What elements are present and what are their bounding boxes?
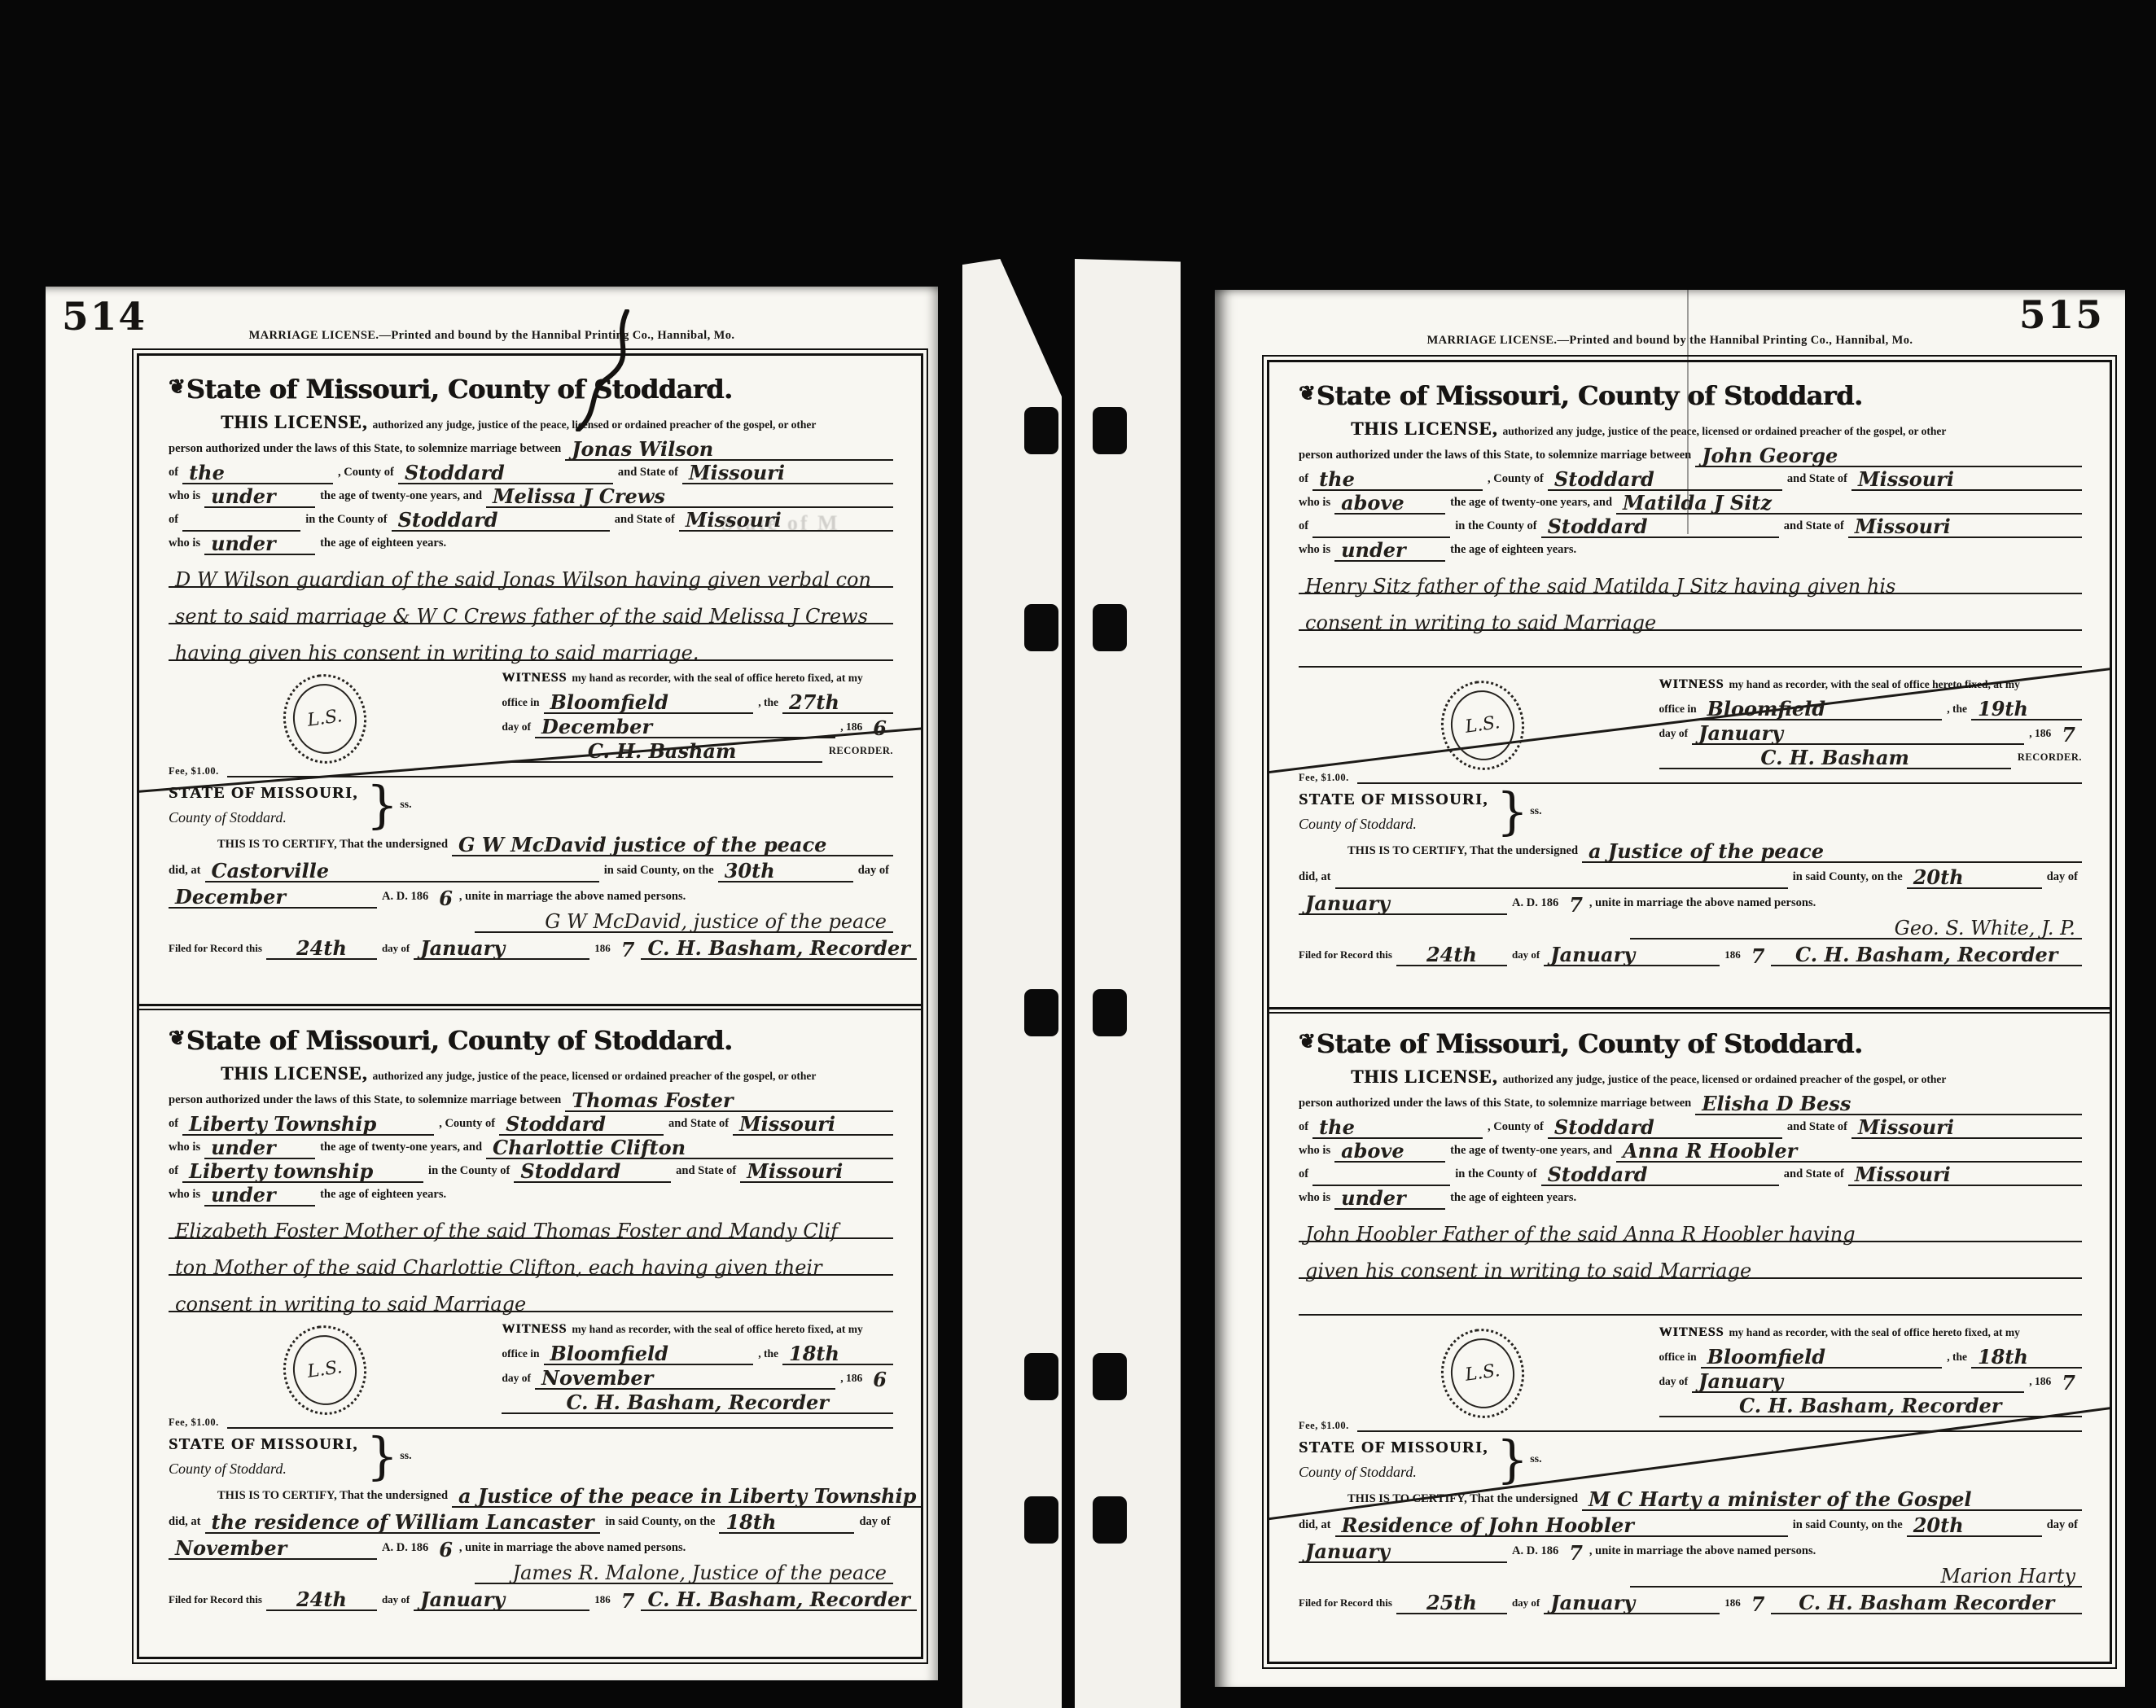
binding-hole <box>1024 989 1058 1036</box>
filed-recorder-signature: C. H. Basham Recorder <box>1771 1593 2082 1614</box>
filed-month: January <box>1544 945 1720 966</box>
person-clause: person authorized under the laws of this… <box>169 442 565 457</box>
certificate-block: STATE OF MISSOURI,County of Stoddard.}ss… <box>1299 790 2082 962</box>
page-number: 515 <box>2019 293 2104 338</box>
rule <box>1357 782 2082 784</box>
consent-line: D W Wilson guardian of the said Jonas Wi… <box>169 570 878 589</box>
this-license-label: THIS LICENSE, <box>221 1063 367 1084</box>
filed-year-digit: 7 <box>1745 947 1772 966</box>
witness-year-digit: 7 <box>2055 1373 2082 1393</box>
bride-age: under <box>1334 1189 1445 1210</box>
county-of-stoddard-label: County of Stoddard. <box>169 1461 358 1478</box>
consent-line: Elizabeth Foster Mother of the said Thom… <box>169 1221 844 1241</box>
of-label: of <box>1299 472 1312 487</box>
state-of-missouri-label: STATE OF MISSOURI, <box>1299 1439 1488 1457</box>
groom-state: Missouri <box>733 1115 893 1136</box>
filed-day: 24th <box>266 939 377 960</box>
officiant-signature: G W McDavid, justice of the peace <box>475 912 893 933</box>
filed-recorder-signature: C. H. Basham, Recorder <box>641 939 916 960</box>
recorder-seal: L.S. <box>1435 675 1529 775</box>
record-page-515: 515 MARRIAGE LICENSE.—Printed and bound … <box>1215 290 2125 1687</box>
year-prefix: , 186 <box>835 720 866 734</box>
of-label: of <box>169 513 182 528</box>
binding-strip-left <box>962 259 1062 1708</box>
day-of-label: day of <box>502 1372 535 1386</box>
binding-hole <box>1024 604 1058 651</box>
certify-label: THIS IS TO CERTIFY, That the undersigned <box>1347 1492 1582 1507</box>
ss-label: ss. <box>400 799 411 812</box>
certify-place <box>1335 887 1788 889</box>
seal-ls-label: L.S. <box>1457 713 1507 738</box>
who-is-label: who is <box>169 536 204 551</box>
of-label: of <box>169 1117 182 1132</box>
ornament-icon: ❦ <box>169 1026 185 1049</box>
recorder-signature: C. H. Basham, Recorder <box>502 1393 893 1414</box>
in-county-label: in the County of <box>300 513 391 528</box>
groom-state: Missouri <box>682 463 893 484</box>
seal-ls-label: L.S. <box>300 707 350 731</box>
who-is-label: who is <box>1299 1144 1334 1158</box>
seal-ls-label: L.S. <box>300 1358 350 1382</box>
and-state-of-label: and State of <box>1779 1167 1848 1182</box>
bride-age: under <box>204 534 315 555</box>
license-clause: authorized any judge, justice of the pea… <box>1502 1073 1946 1085</box>
and-state-of-label: and State of <box>1782 472 1851 487</box>
and-state-of-label: and State of <box>613 466 682 480</box>
witness-block: L.S. WITNESSmy hand as recorder, with th… <box>1659 677 2082 765</box>
recorder-signature: C. H. Basham <box>502 742 822 763</box>
certify-officiant: G W McDavid justice of the peace <box>452 835 893 856</box>
certify-year-digit: 6 <box>432 1540 459 1560</box>
license-clause: authorized any judge, justice of the pea… <box>372 1070 816 1082</box>
certify-place: Castorville <box>205 861 599 882</box>
filed-year-prefix: 186 <box>589 942 615 956</box>
bride-state: Missouri <box>1848 517 2082 538</box>
year-prefix: , 186 <box>2024 727 2055 741</box>
witness-day: 19th <box>1971 699 2082 720</box>
groom-age: above <box>1334 493 1445 515</box>
recorder-signature: C. H. Basham <box>1659 748 2011 769</box>
witness-day: 18th <box>1971 1347 2082 1369</box>
and-state-of-label: and State of <box>1782 1120 1851 1135</box>
certify-month: January <box>1299 1542 1507 1563</box>
consent-line: given his consent in writing to said Mar… <box>1299 1261 1758 1281</box>
in-county-label: in the County of <box>423 1164 514 1179</box>
and-state-of-label: and State of <box>664 1117 733 1132</box>
witness-label: WITNESS <box>1659 1325 1724 1339</box>
marriage-license-form: ❦State of Missouri, County of Stoddard. … <box>1269 367 2110 1005</box>
of-label: of <box>1299 1120 1312 1135</box>
certify-month: January <box>1299 894 1507 915</box>
record-page-514: 514 MARRIAGE LICENSE.—Printed and bound … <box>46 287 938 1680</box>
day-of-label: day of <box>1507 1596 1544 1610</box>
in-said-county-label: in said County, on the <box>599 864 718 878</box>
filed-year-prefix: 186 <box>589 1593 615 1607</box>
ss-label: ss. <box>1530 1453 1541 1466</box>
filed-year-digit: 7 <box>1745 1595 1772 1614</box>
fee-label: Fee, $1.00. <box>1299 772 1357 784</box>
office-in-label: office in <box>502 1347 543 1361</box>
witness-month: January <box>1692 1372 2024 1393</box>
certify-year-digit: 6 <box>432 889 459 909</box>
certify-day: 30th <box>718 861 853 882</box>
bride-county: Stoddard <box>514 1162 671 1183</box>
certify-month: November <box>169 1539 377 1560</box>
certificate-block: STATE OF MISSOURI,County of Stoddard.}ss… <box>169 1435 893 1607</box>
filed-recorder-signature: C. H. Basham, Recorder <box>641 1590 916 1611</box>
groom-residence: the <box>182 463 333 484</box>
groom-state: Missouri <box>1851 1118 2082 1139</box>
day-of-label: day of <box>853 864 893 878</box>
day-of-label: day of <box>1507 948 1544 962</box>
recorder-seal: L.S. <box>1435 1323 1529 1423</box>
certify-day: 20th <box>1907 1516 2042 1537</box>
witness-office: Bloomfield <box>544 693 754 714</box>
bride-state: Missouri <box>679 510 893 532</box>
filed-label: Filed for Record this <box>169 942 266 956</box>
form-title-text: State of Missouri, County of Stoddard. <box>186 374 733 405</box>
filed-label: Filed for Record this <box>1299 948 1396 962</box>
certify-place: Residence of John Hoobler <box>1335 1516 1788 1537</box>
license-intro: THIS LICENSE,authorized any judge, justi… <box>1299 418 2082 440</box>
license-frame: ❦State of Missouri, County of Stoddard. … <box>137 353 923 1659</box>
ss-label: ss. <box>1530 805 1541 818</box>
who-is-label: who is <box>169 1188 204 1202</box>
microfilm-scan: { "labels": { "printer_header": "MARRIAG… <box>0 0 2156 1708</box>
of-label: of <box>169 466 182 480</box>
unite-clause: , unite in marriage the above named pers… <box>459 1541 690 1556</box>
recorder-seal: L.S. <box>278 668 372 769</box>
age21-label: the age of twenty-one years, and <box>1445 1144 1616 1158</box>
binding-hole <box>1024 407 1058 454</box>
bride-state: Missouri <box>740 1162 893 1183</box>
county-of-label: , County of <box>1483 1120 1548 1135</box>
recorder-seal: L.S. <box>278 1320 372 1420</box>
filed-month: January <box>414 939 589 960</box>
witness-clause: my hand as recorder, with the seal of of… <box>1729 1326 2019 1338</box>
county-of-stoddard-label: County of Stoddard. <box>1299 816 1488 833</box>
year-prefix: , 186 <box>2024 1375 2055 1389</box>
consent-line: having given his consent in writing to s… <box>169 643 705 663</box>
day-of-label: day of <box>502 720 535 734</box>
ad-prefix: A. D. 186 <box>1507 1544 1562 1559</box>
age18-label: the age of eighteen years. <box>315 536 450 551</box>
in-said-county-label: in said County, on the <box>1788 870 1907 885</box>
certify-officiant: M C Harty a minister of the Gospel <box>1582 1490 2082 1511</box>
witness-month: November <box>535 1369 835 1390</box>
recorder-label: Recorder. <box>822 745 893 759</box>
filed-year-digit: 7 <box>615 1592 642 1611</box>
filed-year-prefix: 186 <box>1720 1596 1745 1610</box>
binding-hole <box>1093 1353 1127 1400</box>
this-license-label: THIS LICENSE, <box>221 412 367 432</box>
officiant-signature: Marion Harty <box>1630 1566 2082 1588</box>
witness-year-digit: 7 <box>2055 725 2082 745</box>
filed-month: January <box>414 1590 589 1611</box>
groom-county: Stoddard <box>499 1115 664 1136</box>
certify-label: THIS IS TO CERTIFY, That the undersigned <box>1347 844 1582 859</box>
certificate-block: STATE OF MISSOURI,County of Stoddard.}ss… <box>169 784 893 956</box>
groom-name: Elisha D Bess <box>1695 1094 2082 1115</box>
day-of-label: day of <box>377 1593 414 1607</box>
age18-label: the age of eighteen years. <box>1445 543 1580 558</box>
bride-age: under <box>1334 541 1445 562</box>
day-of-label: day of <box>1659 1375 1693 1389</box>
age21-label: the age of twenty-one years, and <box>1445 496 1616 510</box>
brace-glyph: } <box>366 1436 398 1477</box>
witness-day: 27th <box>782 693 893 714</box>
bride-county: Stoddard <box>392 510 610 532</box>
certify-label: THIS IS TO CERTIFY, That the undersigned <box>217 838 452 852</box>
office-in-label: office in <box>1659 1351 1701 1364</box>
bride-state: Missouri <box>1848 1165 2082 1186</box>
did-at-label: did, at <box>169 1515 205 1530</box>
filed-day: 24th <box>1396 945 1507 966</box>
consent-line: ton Mother of the said Charlottie Clifto… <box>169 1258 829 1277</box>
certify-month: December <box>169 887 377 909</box>
officiant-signature: James R. Malone, Justice of the peace <box>475 1563 893 1584</box>
certify-label: THIS IS TO CERTIFY, That the undersigned <box>217 1489 452 1504</box>
witness-block: L.S. WITNESSmy hand as recorder, with th… <box>1659 1325 2082 1413</box>
filed-month: January <box>1544 1593 1720 1614</box>
bride-county: Stoddard <box>1541 517 1779 538</box>
filed-year-prefix: 186 <box>1720 948 1745 962</box>
state-of-missouri-label: STATE OF MISSOURI, <box>169 784 358 803</box>
ad-prefix: A. D. 186 <box>377 890 432 904</box>
county-of-label: , County of <box>333 466 398 480</box>
did-at-label: did, at <box>169 864 205 878</box>
bride-residence: Liberty township <box>182 1162 423 1183</box>
rule <box>1357 1430 2082 1432</box>
filed-recorder-signature: C. H. Basham, Recorder <box>1771 945 2082 966</box>
marriage-license-form: ❦State of Missouri, County of Stoddard. … <box>139 1012 921 1653</box>
consent-line: sent to said marriage & W C Crews father… <box>169 607 874 626</box>
printer-imprint: MARRIAGE LICENSE.—Printed and bound by t… <box>46 329 938 343</box>
certify-day: 20th <box>1907 868 2042 889</box>
groom-age: under <box>204 487 315 508</box>
form-title: ❦State of Missouri, County of Stoddard. <box>169 1025 893 1056</box>
certify-year-digit: 7 <box>1562 1544 1589 1563</box>
witness-label: WITNESS <box>1659 677 1724 691</box>
county-of-label: , County of <box>434 1117 499 1132</box>
recorder-label: Recorder. <box>2011 751 2082 765</box>
bride-county: Stoddard <box>1541 1165 1779 1186</box>
person-clause: person authorized under the laws of this… <box>169 1093 565 1108</box>
office-in-label: office in <box>502 696 543 710</box>
groom-name: Thomas Foster <box>565 1091 893 1112</box>
who-is-label: who is <box>1299 1191 1334 1206</box>
witness-year-digit: 6 <box>866 719 893 738</box>
binding-hole <box>1093 604 1127 651</box>
county-of-stoddard-label: County of Stoddard. <box>1299 1464 1488 1481</box>
person-clause: person authorized under the laws of this… <box>1299 1097 1695 1111</box>
in-county-label: in the County of <box>1450 519 1540 534</box>
form-divider <box>139 1004 921 1010</box>
groom-residence: Liberty Township <box>182 1115 434 1136</box>
and-state-of-label: and State of <box>671 1164 740 1179</box>
the-label: , the <box>753 1347 782 1361</box>
age18-label: the age of eighteen years. <box>315 1188 450 1202</box>
the-label: , the <box>1942 1351 1971 1364</box>
did-at-label: did, at <box>1299 1518 1335 1533</box>
unite-clause: , unite in marriage the above named pers… <box>1589 1544 1820 1559</box>
groom-residence: the <box>1312 470 1483 491</box>
ornament-icon: ❦ <box>1299 1029 1315 1053</box>
seal-ls-label: L.S. <box>1457 1361 1507 1386</box>
form-title: ❦State of Missouri, County of Stoddard. <box>1299 380 2082 411</box>
recorder-signature: C. H. Basham, Recorder <box>1659 1396 2082 1417</box>
day-of-label: day of <box>2042 1518 2082 1533</box>
who-is-label: who is <box>1299 496 1334 510</box>
groom-residence: the <box>1312 1118 1483 1139</box>
of-label: of <box>1299 1167 1312 1182</box>
of-label: of <box>1299 519 1312 534</box>
witness-office: Bloomfield <box>1701 1347 1943 1369</box>
rule <box>227 776 893 777</box>
license-intro: THIS LICENSE,authorized any judge, justi… <box>169 412 893 433</box>
witness-clause: my hand as recorder, with the seal of of… <box>572 672 862 684</box>
age21-label: the age of twenty-one years, and <box>315 1141 486 1155</box>
certify-officiant: a Justice of the peace <box>1582 842 2082 863</box>
who-is-label: who is <box>169 1141 204 1155</box>
unite-clause: , unite in marriage the above named pers… <box>459 890 690 904</box>
age21-label: the age of twenty-one years, and <box>315 489 486 504</box>
license-intro: THIS LICENSE,authorized any judge, justi… <box>169 1063 893 1084</box>
license-clause: authorized any judge, justice of the pea… <box>372 418 816 431</box>
binding-hole <box>1024 1496 1058 1544</box>
witness-label: WITNESS <box>502 1322 567 1336</box>
day-of-label: day of <box>2042 870 2082 885</box>
form-title-text: State of Missouri, County of Stoddard. <box>186 1025 733 1056</box>
consent-line: John Hoobler Father of the said Anna R H… <box>1299 1224 1862 1244</box>
filed-label: Filed for Record this <box>169 1593 266 1607</box>
age18-label: the age of eighteen years. <box>1445 1191 1580 1206</box>
binding-strip-right <box>1075 259 1181 1708</box>
and-state-of-label: and State of <box>1779 519 1848 534</box>
witness-clause: my hand as recorder, with the seal of of… <box>1729 678 2019 690</box>
consent-line: consent in writing to said Marriage <box>1299 613 1663 633</box>
brace-glyph: } <box>1496 791 1528 832</box>
marriage-license-form: ❦State of Missouri, County of Stoddard. … <box>1269 1015 2110 1653</box>
form-title: ❦State of Missouri, County of Stoddard. <box>1299 1028 2082 1059</box>
certify-officiant: a Justice of the peace in Liberty Townsh… <box>452 1487 921 1508</box>
bride-name: Charlottie Clifton <box>486 1138 893 1159</box>
groom-county: Stoddard <box>1548 470 1782 491</box>
and-state-of-label: and State of <box>610 513 679 528</box>
filed-day: 25th <box>1396 1593 1507 1614</box>
bride-name: Melissa J Crews <box>486 487 893 508</box>
binding-hole <box>1093 407 1127 454</box>
bride-age: under <box>204 1185 315 1207</box>
in-said-county-label: in said County, on the <box>1788 1518 1907 1533</box>
form-title-text: State of Missouri, County of Stoddard. <box>1317 1028 1863 1059</box>
rule <box>227 1427 893 1429</box>
binding-hole <box>1093 989 1127 1036</box>
groom-county: Stoddard <box>398 463 613 484</box>
fee-label: Fee, $1.00. <box>169 765 227 777</box>
license-clause: authorized any judge, justice of the pea… <box>1502 425 1946 437</box>
license-intro: THIS LICENSE,authorized any judge, justi… <box>1299 1066 2082 1088</box>
filed-label: Filed for Record this <box>1299 1596 1396 1610</box>
groom-age: under <box>204 1138 315 1159</box>
certify-day: 18th <box>719 1513 854 1534</box>
fee-label: Fee, $1.00. <box>169 1417 227 1429</box>
witness-year-digit: 6 <box>866 1370 893 1390</box>
day-of-label: day of <box>377 942 414 956</box>
groom-state: Missouri <box>1851 470 2082 491</box>
license-frame: ❦State of Missouri, County of Stoddard. … <box>1267 360 2112 1664</box>
form-divider <box>1269 1007 2110 1014</box>
who-is-label: who is <box>169 489 204 504</box>
the-label: , the <box>1942 703 1971 716</box>
year-prefix: , 186 <box>835 1372 866 1386</box>
fee-label: Fee, $1.00. <box>1299 1420 1357 1432</box>
ornament-icon: ❦ <box>169 374 185 398</box>
consent-line: Henry Sitz father of the said Matilda J … <box>1299 576 1902 596</box>
binding-hole <box>1024 1353 1058 1400</box>
brace-glyph: } <box>1496 1439 1528 1480</box>
state-of-missouri-label: STATE OF MISSOURI, <box>1299 790 1488 809</box>
county-of-label: , County of <box>1483 472 1548 487</box>
of-label: of <box>169 1164 182 1179</box>
brace-glyph: } <box>366 785 398 826</box>
certify-year-digit: 7 <box>1562 896 1589 915</box>
certify-place: the residence of William Lancaster <box>205 1513 601 1534</box>
groom-name: John George <box>1695 446 2082 467</box>
in-said-county-label: in said County, on the <box>600 1515 719 1530</box>
filed-year-digit: 7 <box>615 940 642 960</box>
groom-county: Stoddard <box>1548 1118 1782 1139</box>
in-county-label: in the County of <box>1450 1167 1540 1182</box>
did-at-label: did, at <box>1299 870 1335 885</box>
marriage-license-form: ❦State of Missouri, County of Stoddard. … <box>139 361 921 1002</box>
certificate-block: STATE OF MISSOURI,County of Stoddard.}ss… <box>1299 1439 2082 1610</box>
ss-label: ss. <box>400 1450 411 1463</box>
witness-day: 18th <box>782 1344 893 1365</box>
bride-name: Matilda J Sitz <box>1616 493 2082 515</box>
witness-clause: my hand as recorder, with the seal of of… <box>572 1323 862 1335</box>
bride-name: Anna R Hoobler <box>1616 1141 2082 1163</box>
state-of-missouri-label: STATE OF MISSOURI, <box>169 1435 358 1454</box>
ornament-icon: ❦ <box>1299 381 1315 405</box>
witness-block: L.S. WITNESSmy hand as recorder, with th… <box>502 1322 893 1410</box>
office-in-label: office in <box>1659 703 1701 716</box>
witness-office: Bloomfield <box>1701 699 1943 720</box>
day-of-label: day of <box>1659 727 1693 741</box>
witness-block: L.S. WITNESSmy hand as recorder, with th… <box>502 671 893 759</box>
unite-clause: , unite in marriage the above named pers… <box>1589 896 1820 911</box>
officiant-signature: Geo. S. White, J. P. <box>1630 918 2082 939</box>
ad-prefix: A. D. 186 <box>377 1541 432 1556</box>
printer-imprint: MARRIAGE LICENSE.—Printed and bound by t… <box>1215 334 2125 348</box>
form-title: ❦State of Missouri, County of Stoddard. <box>169 374 893 405</box>
day-of-label: day of <box>854 1515 894 1530</box>
consent-line: consent in writing to said Marriage <box>169 1294 532 1314</box>
filed-day: 24th <box>266 1590 377 1611</box>
ad-prefix: A. D. 186 <box>1507 896 1562 911</box>
witness-label: WITNESS <box>502 671 567 685</box>
this-license-label: THIS LICENSE, <box>1351 418 1497 439</box>
witness-month: January <box>1692 724 2024 745</box>
witness-office: Bloomfield <box>544 1344 754 1365</box>
who-is-label: who is <box>1299 543 1334 558</box>
witness-month: December <box>535 717 835 738</box>
county-of-stoddard-label: County of Stoddard. <box>169 809 358 826</box>
this-license-label: THIS LICENSE, <box>1351 1066 1497 1087</box>
binding-hole <box>1093 1496 1127 1544</box>
groom-age: above <box>1334 1141 1445 1163</box>
the-label: , the <box>753 696 782 710</box>
